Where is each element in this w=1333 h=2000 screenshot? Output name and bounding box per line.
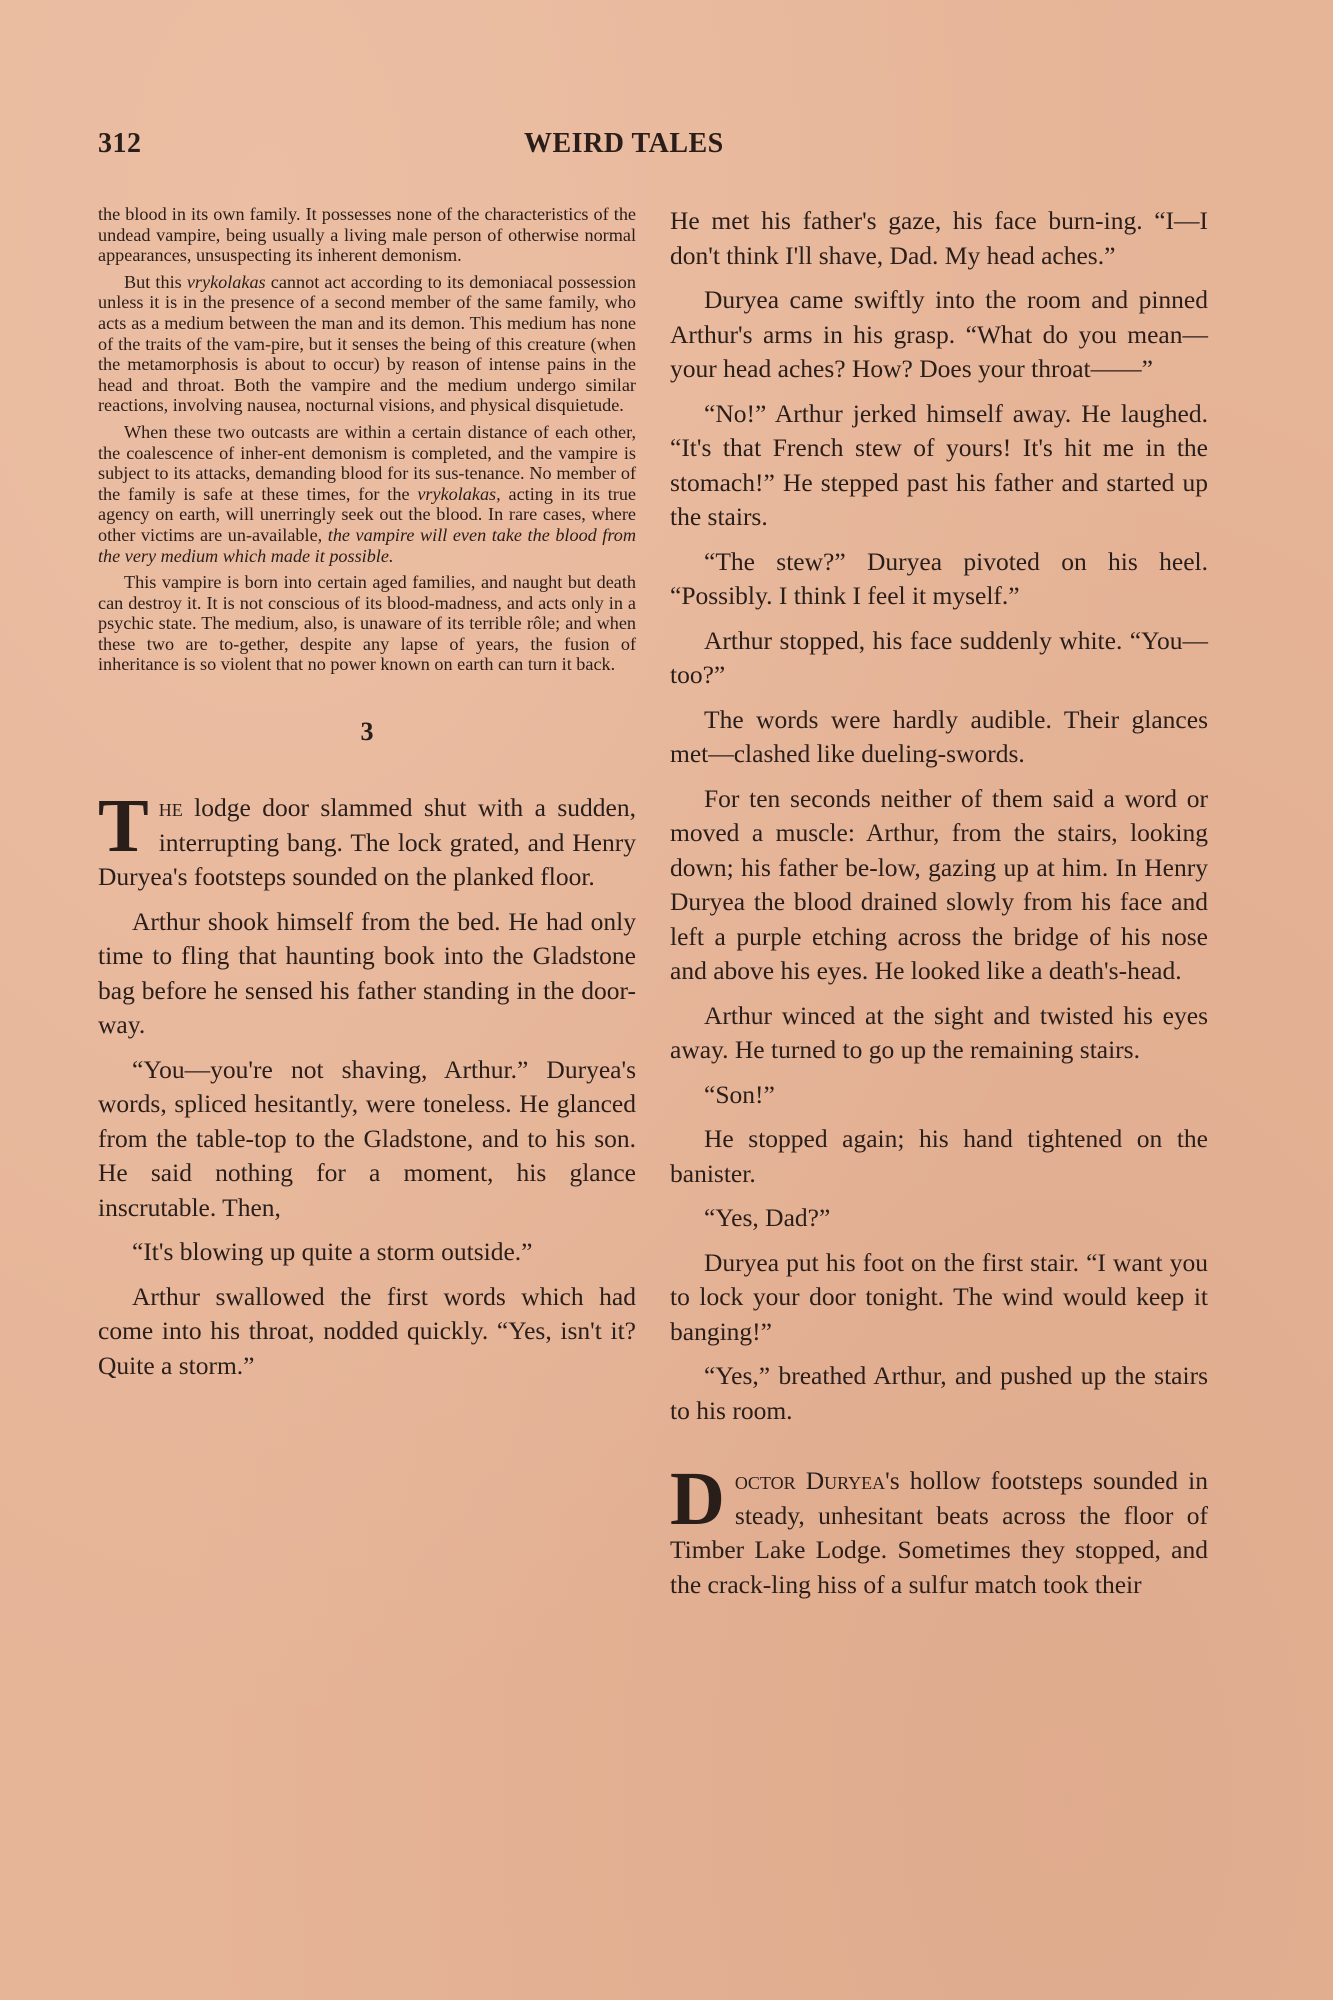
scene-opening: Doctor Duryea's hollow footsteps sounded… xyxy=(670,1464,1208,1602)
drop-cap: T xyxy=(98,795,149,857)
section-number: 3 xyxy=(98,717,636,747)
story-paragraph: Duryea came swiftly into the room and pi… xyxy=(670,283,1208,387)
story-paragraph: He stopped again; his hand tightened on … xyxy=(670,1122,1208,1191)
small-caps-lead: octor Duryea xyxy=(735,1466,885,1495)
story-paragraph: “It's blowing up quite a storm outside.” xyxy=(98,1235,636,1270)
vrykolakas-excerpt: the blood in its own family. It possesse… xyxy=(98,204,636,675)
story-paragraph: “You—you're not shaving, Arthur.” Duryea… xyxy=(98,1053,636,1226)
excerpt-paragraph: But this vrykolakas cannot act according… xyxy=(98,272,636,416)
story-paragraph: For ten seconds neither of them said a w… xyxy=(670,782,1208,989)
story-paragraph: “Yes,” breathed Arthur, and pushed up th… xyxy=(670,1359,1208,1428)
page-header: 312 WEIRD TALES xyxy=(98,128,1208,168)
excerpt-paragraph: When these two outcasts are within a cer… xyxy=(98,422,636,566)
story-paragraph: “The stew?” Duryea pivoted on his heel. … xyxy=(670,545,1208,614)
story-paragraph: Arthur winced at the sight and twisted h… xyxy=(670,999,1208,1068)
page-number: 312 xyxy=(98,128,142,160)
story-body-right: He met his father's gaze, his face burn-… xyxy=(670,204,1208,1428)
drop-cap: D xyxy=(670,1468,725,1530)
left-column: the blood in its own family. It possesse… xyxy=(98,204,636,1393)
excerpt-paragraph: This vampire is born into certain aged f… xyxy=(98,572,636,675)
small-caps-lead: he xyxy=(159,793,183,822)
story-body-left: The lodge door slammed shut with a sudde… xyxy=(98,791,636,1383)
opening-paragraph: The lodge door slammed shut with a sudde… xyxy=(98,791,636,895)
story-paragraph: Duryea put his foot on the first stair. … xyxy=(670,1246,1208,1350)
running-title: WEIRD TALES xyxy=(524,128,724,160)
story-paragraph: “No!” Arthur jerked himself away. He lau… xyxy=(670,397,1208,535)
excerpt-paragraph: the blood in its own family. It possesse… xyxy=(98,204,636,266)
scene-opening-paragraph: Doctor Duryea's hollow footsteps sounded… xyxy=(670,1464,1208,1602)
story-paragraph: He met his father's gaze, his face burn-… xyxy=(670,204,1208,273)
story-paragraph: “Yes, Dad?” xyxy=(670,1201,1208,1236)
right-column: He met his father's gaze, his face burn-… xyxy=(670,204,1208,1612)
story-paragraph: Arthur shook himself from the bed. He ha… xyxy=(98,905,636,1043)
story-paragraph: Arthur stopped, his face suddenly white.… xyxy=(670,624,1208,693)
story-paragraph: “Son!” xyxy=(670,1078,1208,1113)
story-paragraph: The words were hardly audible. Their gla… xyxy=(670,703,1208,772)
scene-break xyxy=(670,1438,1208,1464)
magazine-page: 312 WEIRD TALES the blood in its own fam… xyxy=(0,0,1333,2000)
story-paragraph: Arthur swallowed the first words which h… xyxy=(98,1280,636,1384)
